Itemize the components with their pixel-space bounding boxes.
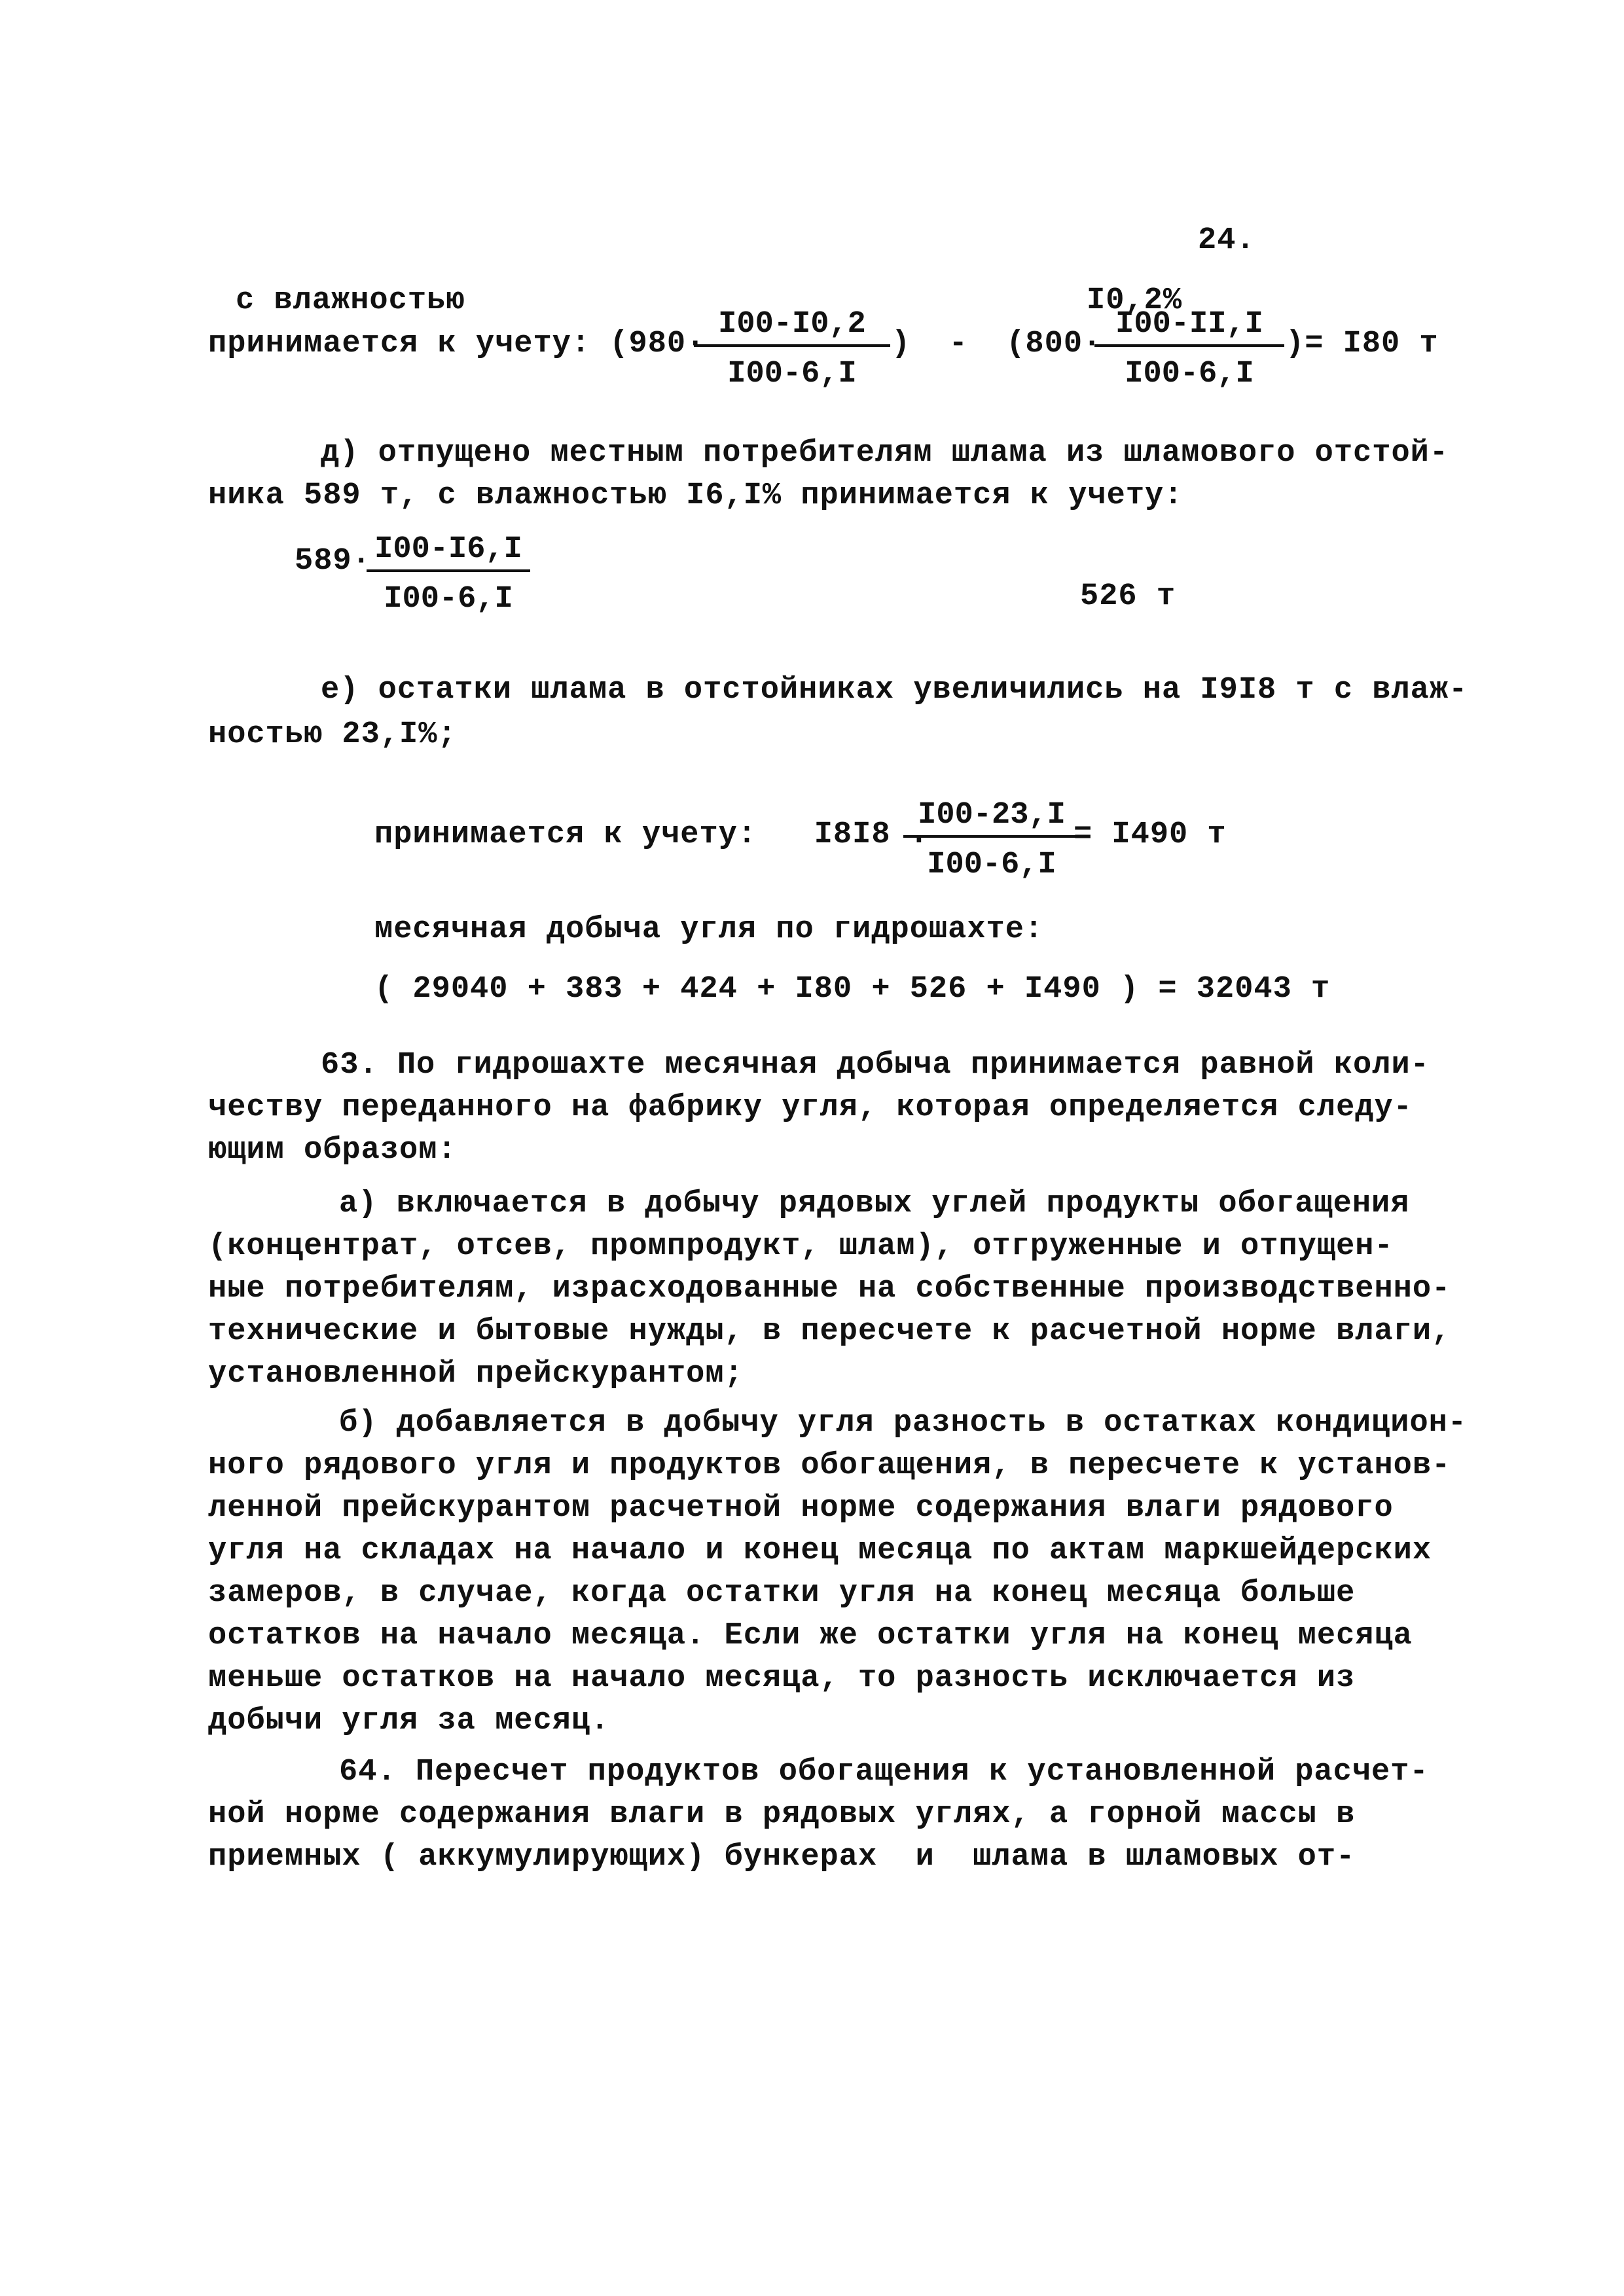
para-63b-line: ного рядового угля и продуктов обогащени… <box>208 1448 1451 1484</box>
fraction-denominator: I00-6,I <box>1094 347 1284 393</box>
para-63-line: ющим образом: <box>208 1132 457 1169</box>
fraction-c2: I00-II,I I00-6,I <box>1094 306 1284 393</box>
moisture-label: с влажностью <box>236 283 465 319</box>
formula-e-prefix: принимается к учету: I8I8 . <box>374 817 929 853</box>
formula-d-result: 526 т <box>1080 579 1176 615</box>
fraction-numerator: I00-23,I <box>903 797 1080 838</box>
para-63a-line: а) включается в добычу рядовых углей про… <box>339 1186 1409 1223</box>
para-d-line1: д) отпущено местным потребителям шлама и… <box>321 435 1449 472</box>
para-63a-line: технические и бытовые нужды, в пересчете… <box>208 1314 1451 1350</box>
para-63-line: честву переданного на фабрику угля, кото… <box>208 1090 1413 1126</box>
para-63-line: 63. По гидрошахте месячная добыча приним… <box>321 1047 1430 1084</box>
fraction-numerator: I00-I6,I <box>367 531 530 572</box>
formula-c-mid: ) - (800· <box>892 326 1102 363</box>
fraction-e: I00-23,I I00-6,I <box>903 797 1080 884</box>
fraction-denominator: I00-6,I <box>367 572 530 618</box>
fraction-numerator: I00-II,I <box>1094 306 1284 347</box>
para-e-line1: е) остатки шлама в отстойниках увеличили… <box>321 672 1468 709</box>
para-d-line2: ника 589 т, с влажностью I6,I% принимает… <box>208 478 1183 514</box>
fraction-denominator: I00-6,I <box>694 347 890 393</box>
para-63b-line: угля на складах на начало и конец месяца… <box>208 1533 1432 1570</box>
fraction-c1: I00-I0,2 I00-6,I <box>694 306 890 393</box>
para-63b-line: ленной прейскурантом расчетной норме сод… <box>208 1490 1394 1527</box>
formula-c-prefix: принимается к учету: (980· <box>208 326 705 363</box>
monthly-label: месячная добыча угля по гидрошахте: <box>374 912 1043 948</box>
para-64-line: приемных ( аккумулирующих) бункерах и шл… <box>208 1839 1355 1876</box>
formula-d-prefix: 589· <box>295 543 371 580</box>
fraction-numerator: I00-I0,2 <box>694 306 890 347</box>
fraction-d: I00-I6,I I00-6,I <box>367 531 530 618</box>
page-number: 24. <box>1198 223 1255 259</box>
para-63a-line: ные потребителям, израсходованные на соб… <box>208 1271 1451 1308</box>
monthly-sum: ( 29040 + 383 + 424 + I80 + 526 + I490 )… <box>374 971 1330 1008</box>
fraction-denominator: I00-6,I <box>903 838 1080 884</box>
para-63b-line: б) добавляется в добычу угля разность в … <box>339 1405 1467 1442</box>
para-63a-line: (концентрат, отсев, промпродукт, шлам), … <box>208 1229 1394 1265</box>
para-63b-line: меньше остатков на начало месяца, то раз… <box>208 1660 1355 1697</box>
para-63b-line: остатков на начало месяца. Если же остат… <box>208 1618 1413 1655</box>
para-63b-line: добычи угля за месяц. <box>208 1703 609 1740</box>
para-e-line2: ностью 23,I%; <box>208 717 457 753</box>
formula-e-result: = I490 т <box>1074 817 1227 853</box>
para-63a-line: установленной прейскурантом; <box>208 1356 744 1393</box>
para-63b-line: замеров, в случае, когда остатки угля на… <box>208 1575 1355 1612</box>
formula-c-result: )= I80 т <box>1286 326 1439 363</box>
para-64-line: ной норме содержания влаги в рядовых угл… <box>208 1797 1355 1833</box>
para-64-line: 64. Пересчет продуктов обогащения к уста… <box>339 1754 1429 1791</box>
